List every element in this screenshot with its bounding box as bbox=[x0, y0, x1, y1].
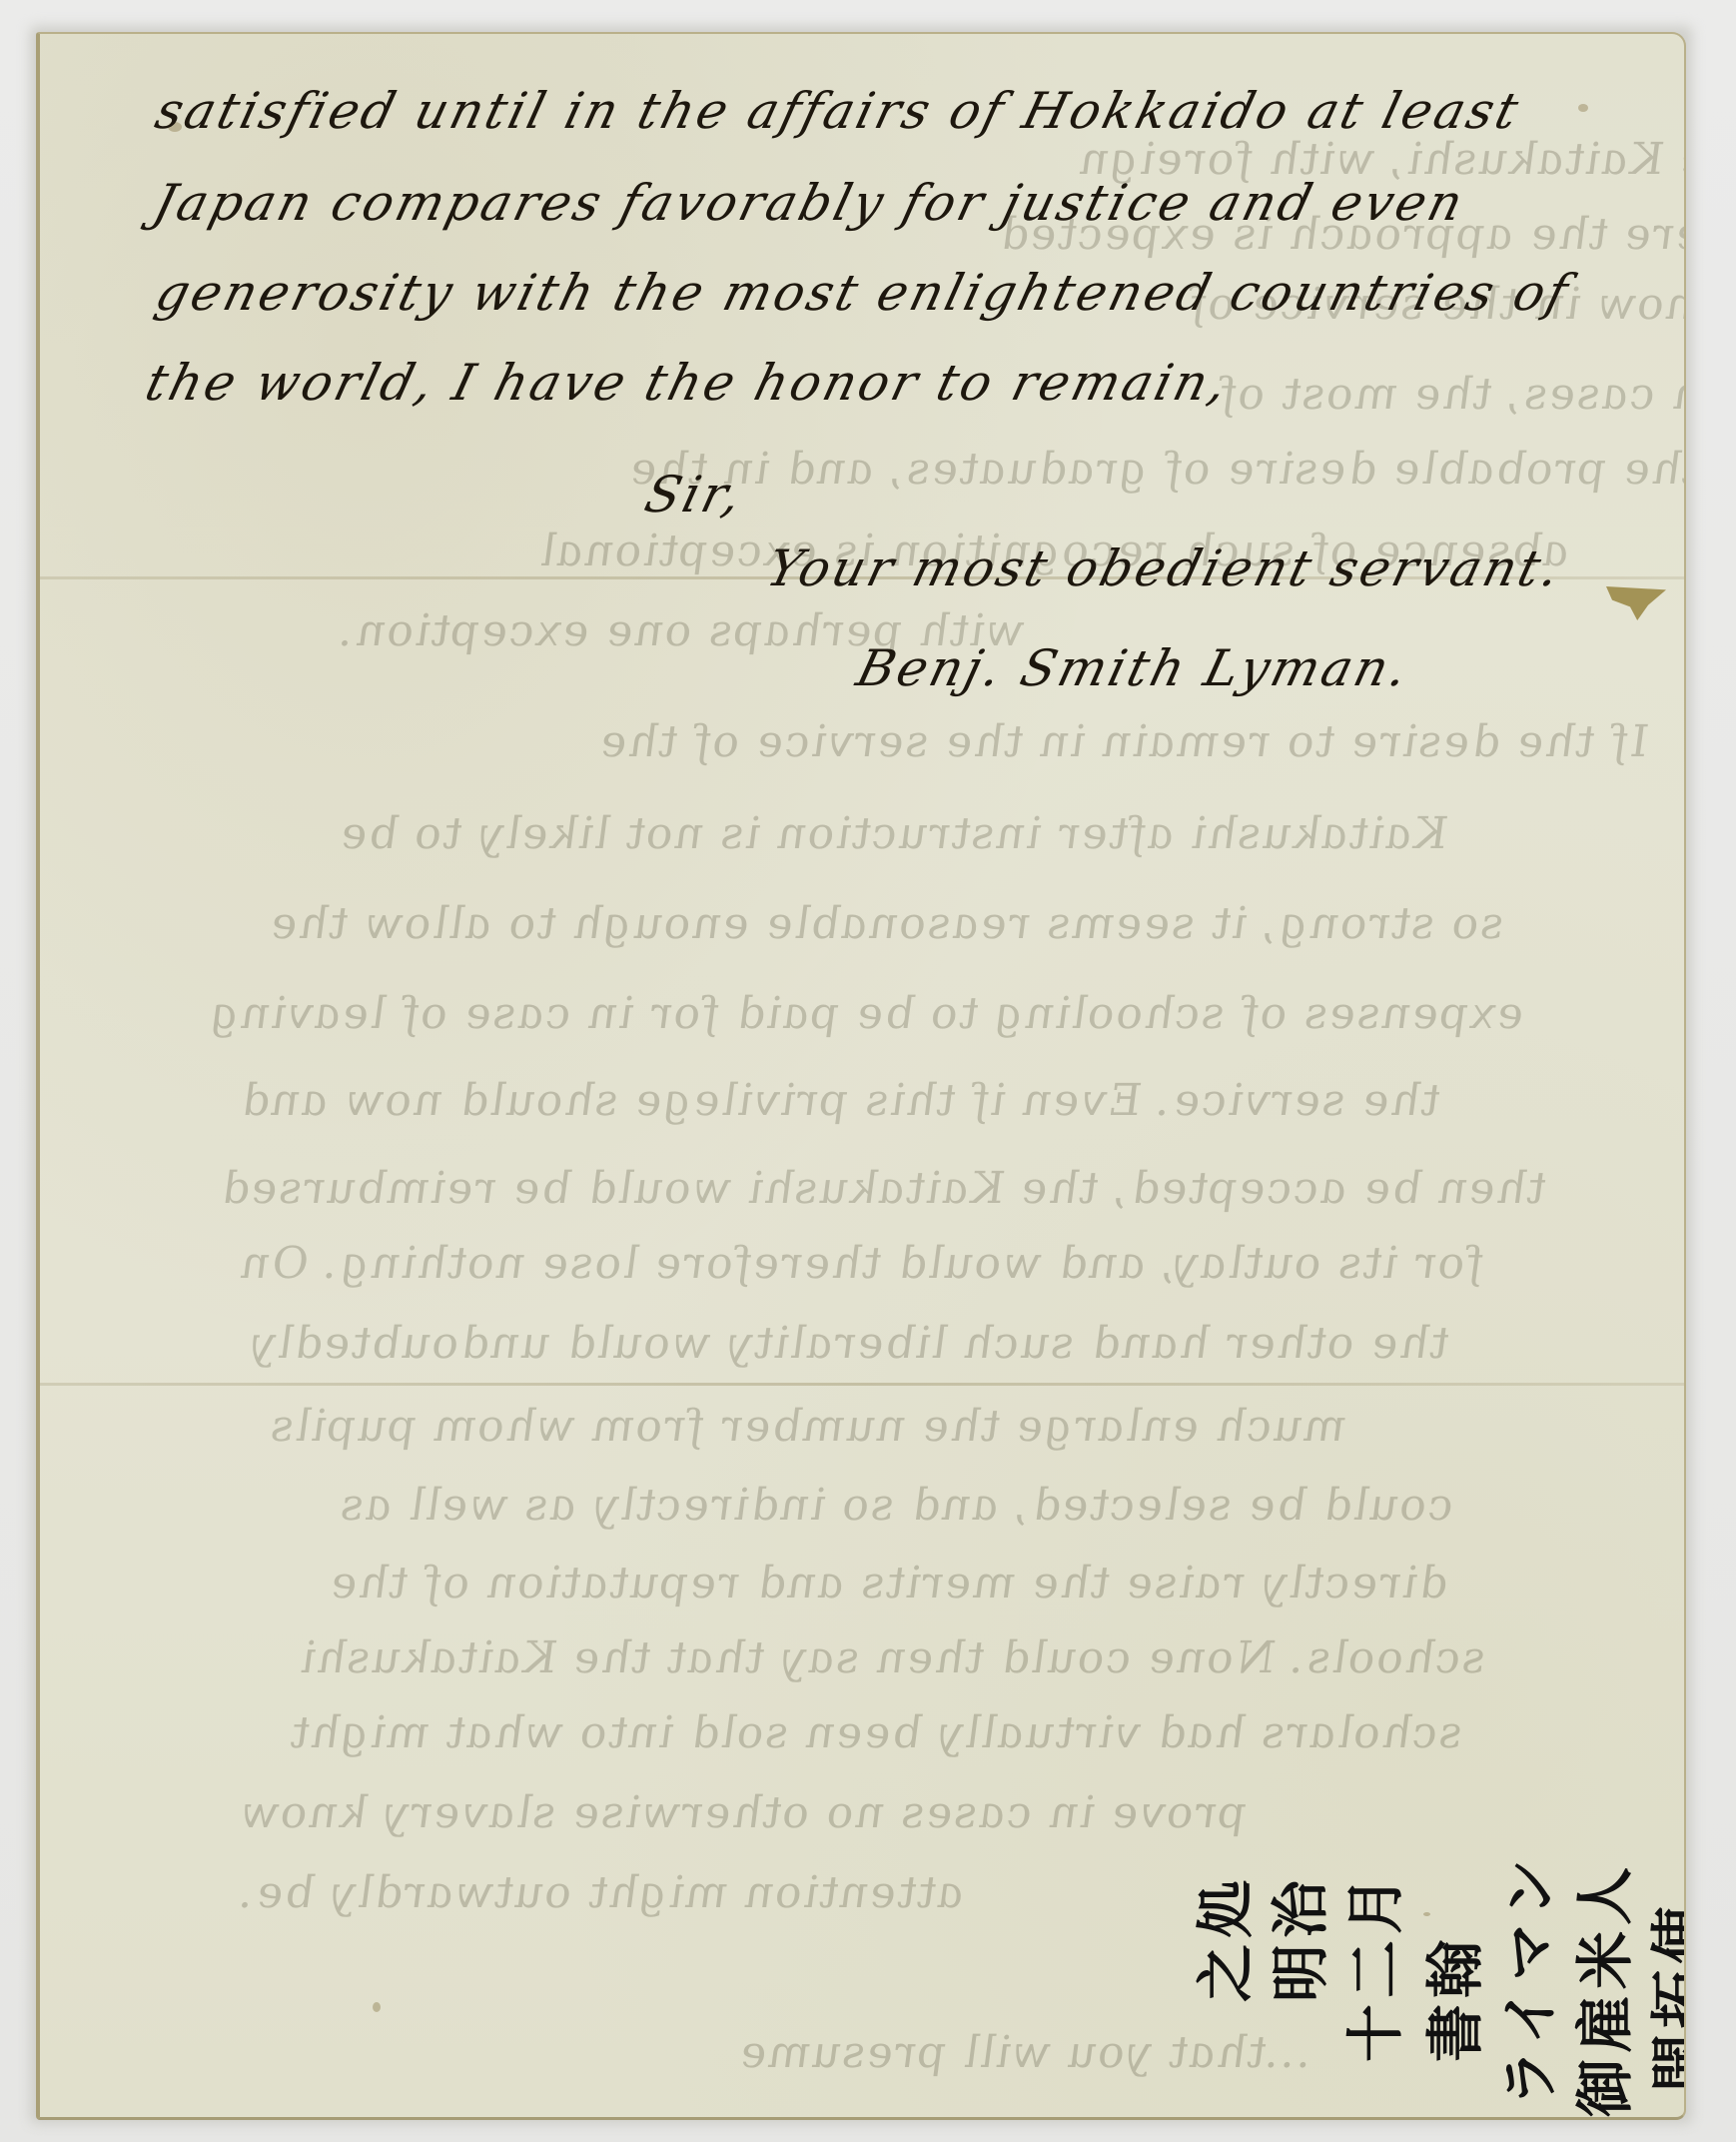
bleed-line: the service. Even if this privilege shou… bbox=[232, 1075, 1448, 1126]
bleed-line: the other hand such liberality would und… bbox=[242, 1318, 1457, 1369]
bleed-line: expenses of schooling to be paid for in … bbox=[202, 988, 1532, 1039]
bleed-line: Kaitakushi after instruction is not like… bbox=[332, 808, 1455, 859]
letter-line-2: Japan compares favorably for justice and… bbox=[148, 174, 1471, 232]
bleed-line: scholars had virtually been sold into wh… bbox=[282, 1707, 1471, 1758]
bleed-line: much enlarge the number from whom pupils bbox=[262, 1401, 1354, 1452]
bleed-line: schools. None could then say that the Ka… bbox=[292, 1632, 1494, 1683]
calligraphy-column: 十二月 bbox=[1328, 1870, 1412, 2062]
bleed-line: so strong, it seems reasonable enough to… bbox=[262, 898, 1512, 949]
bleed-line: for its outlay, and would therefore lose… bbox=[232, 1238, 1492, 1289]
bleed-line: directly raise the merits and reputation… bbox=[322, 1558, 1456, 1608]
bleed-line: such cases, the most of bbox=[1211, 369, 1686, 420]
letter-line-4: the world, I have the honor to remain, bbox=[140, 354, 1236, 412]
bleed-line: prove in cases no otherwise slavery know bbox=[232, 1787, 1256, 1838]
japanese-calligraphy-block: 開拓使 御雇米人 ライマン 書翰 十二月 明治 之処 bbox=[1119, 1762, 1686, 2120]
bleed-line: then be accepted, the Kaitakushi would b… bbox=[212, 1163, 1554, 1214]
salutation: Sir, bbox=[639, 466, 750, 524]
letter-line-3: generosity with the most enlightened cou… bbox=[150, 264, 1576, 322]
bleed-line: If the desire to remain in the service o… bbox=[591, 716, 1656, 767]
calligraphy-column: 書翰 bbox=[1408, 1934, 1492, 2062]
closing-line: Your most obedient servant. bbox=[761, 539, 1568, 597]
calligraphy-column: ライマン bbox=[1483, 1853, 1567, 2107]
bleed-line: attention might outwardly be. bbox=[232, 1867, 973, 1918]
signature: Benj. Smith Lyman. bbox=[851, 639, 1416, 697]
letter-line-1: satisfied until in the affairs of Hokkai… bbox=[150, 82, 1527, 140]
calligraphy-column: 之処 bbox=[1179, 1874, 1263, 2002]
calligraphy-column: 御雇米人 bbox=[1558, 1861, 1642, 2117]
letter-sheet: Company the Kaitakushi, with foreign and… bbox=[36, 32, 1686, 2120]
calligraphy-column: 明治 bbox=[1254, 1874, 1337, 2002]
bleed-line: from the probable desire of graduates, a… bbox=[621, 444, 1686, 495]
bleed-line: could be selected, and so indirectly as … bbox=[332, 1480, 1462, 1531]
